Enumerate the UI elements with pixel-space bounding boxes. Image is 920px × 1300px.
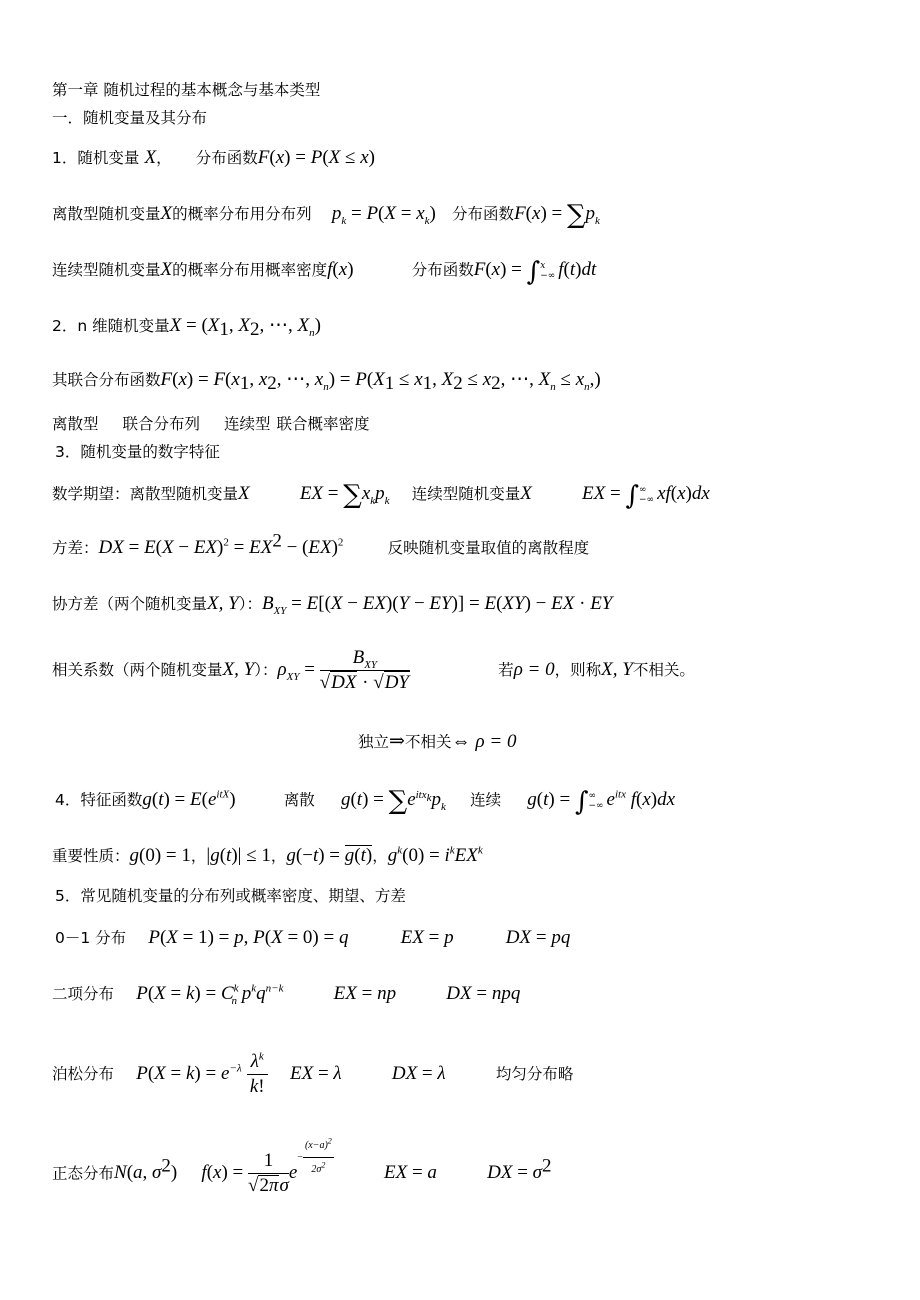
- dist-fn-label: 分布函数: [412, 261, 474, 279]
- expectation-label: 数学期望：离散型随机变量: [52, 485, 238, 503]
- distribution-row: 二项分布 P(X = k) = Ckn pkqn−k EX = np DX = …: [52, 984, 520, 1004]
- property-3: g(−t) = g(t): [286, 846, 372, 865]
- distribution-dx: DX = σ2: [487, 1163, 551, 1182]
- item-3-label: 3．随机变量的数字特征: [55, 442, 220, 462]
- dist-fn-formula: F: [258, 147, 270, 168]
- continuous-text-b: 的概率分布用概率密度: [172, 261, 327, 279]
- discrete-text-b: 的概率分布用分布列: [172, 205, 312, 223]
- variance-label: 方差：: [52, 539, 99, 557]
- property-1: g(0) = 1: [130, 846, 191, 865]
- vars-xy: X, Y: [601, 659, 633, 680]
- joint-line: 其联合分布函数F(x) = F(x1, x2, ⋯, xn) = P(X1 ≤ …: [52, 370, 601, 390]
- normal-param: N(a, σ2): [114, 1163, 177, 1182]
- distribution-name: 0－1 分布: [55, 929, 126, 947]
- independence-line: 独立⇒不相关⇔ ρ = 0: [358, 732, 517, 752]
- item-5-label: 5．常见随机变量的分布列或概率密度、期望、方差: [55, 886, 406, 906]
- implies-arrow-icon: ⇒: [389, 731, 405, 752]
- correlation-note: 若: [498, 661, 514, 679]
- vars-xy: X, Y: [207, 593, 239, 614]
- discrete-expectation-formula: EX = ∑xkpk: [300, 484, 390, 503]
- vars-xy: X, Y: [223, 659, 255, 680]
- continuous-type: 连续型: [224, 415, 271, 433]
- distribution-dx: DX = pq: [506, 928, 571, 947]
- continuous-expectation-formula: EX = ∫∞−∞xf(x)dx: [582, 484, 710, 503]
- discrete-line: 离散型随机变量X的概率分布用分布列 pk = P(X = xk) 分布函数F(x…: [52, 204, 600, 225]
- distribution-dx: DX = λ: [392, 1064, 446, 1083]
- item-1-label: 1．随机变量: [52, 149, 139, 167]
- uniform-note: 均匀分布略: [496, 1065, 574, 1083]
- var-x: X: [238, 483, 250, 504]
- item-1-line: 1．随机变量 X， 分布函数F(x) = P(X ≤ x): [52, 148, 375, 168]
- random-variable-x: X: [144, 147, 156, 168]
- covariance-line: 协方差（两个随机变量X, Y）：BXY = E[(X − EX)(Y − EY)…: [52, 594, 612, 614]
- item-2-line: 2．n 维随机变量X = (X1, X2, ⋯, Xn): [52, 316, 321, 336]
- dist-fn-integral-formula: F(x) = ∫x−∞f(t)dt: [474, 260, 597, 279]
- correlation-note-c: 不相关。: [633, 661, 695, 679]
- correlation-note-b: ，则称: [555, 661, 602, 679]
- covariance-formula: BXY = E[(X − EX)(Y − EY)] = E(XY) − EX ·…: [262, 594, 612, 613]
- distribution-ex: EX = np: [334, 984, 396, 1003]
- correlation-line: 相关系数（两个随机变量X, Y）：ρXY = BXY√DX · √DY 若ρ =…: [52, 648, 695, 693]
- var-x: X: [161, 203, 173, 224]
- distribution-row: 正态分布N(a, σ2) f(x) = 1√2πσe−(x−a)22σ2 EX …: [52, 1136, 552, 1196]
- covariance-label-end: ）：: [239, 595, 262, 613]
- distribution-row: 0－1 分布 P(X = 1) = p, P(X = 0) = q EX = p…: [55, 928, 570, 948]
- correlation-label-end: ）：: [254, 661, 277, 679]
- discrete-text-a: 离散型随机变量: [52, 205, 161, 223]
- uncorrelated: 不相关: [405, 733, 452, 751]
- distribution-formula: P(X = k) = Ckn pkqn−k: [136, 984, 283, 1003]
- rho-zero: ρ = 0: [514, 659, 555, 680]
- property-2: |g(t)| ≤ 1: [206, 846, 270, 865]
- distribution-name: 正态分布: [52, 1164, 114, 1182]
- properties-label: 重要性质：: [52, 847, 130, 865]
- pk-formula: pk = P(X = xk): [332, 204, 436, 223]
- distribution-row: 泊松分布 P(X = k) = e−λ λkk! EX = λ DX = λ 均…: [52, 1052, 573, 1097]
- expectation-line: 数学期望：离散型随机变量X EX = ∑xkpk 连续型随机变量X EX = ∫…: [52, 484, 710, 506]
- joint-dist-formula: F(x) = F(x1, x2, ⋯, xn) = P(X1 ≤ x1, X2 …: [161, 370, 601, 389]
- discrete-char-fn-formula: g(t) = ∑eitxkpk: [341, 790, 446, 809]
- continuous-label: 连续: [470, 791, 501, 809]
- property-4: gk(0) = ikEXk: [388, 846, 483, 865]
- distribution-name: 二项分布: [52, 985, 114, 1003]
- variance-formula: DX = E(X − EX)2 = EX2 − (EX)2: [99, 538, 344, 557]
- joint-label: 其联合分布函数: [52, 371, 161, 389]
- continuous-desc: 联合概率密度: [277, 415, 370, 433]
- comma: ，: [156, 149, 172, 167]
- discrete-desc: 联合分布列: [123, 415, 201, 433]
- distribution-ex: EX = p: [401, 928, 454, 947]
- char-fn-formula: g(t) = E(eitX): [142, 790, 235, 809]
- covariance-label: 协方差（两个随机变量: [52, 595, 207, 613]
- properties-line: 重要性质：g(0) = 1，|g(t)| ≤ 1，g(−t) = g(t)，gk…: [52, 846, 483, 866]
- distribution-formula: P(X = k) = e−λ λkk!: [136, 1064, 268, 1083]
- item-4-label: 4．特征函数: [55, 791, 142, 809]
- n-dim-vector-formula: X = (X1, X2, ⋯, Xn): [170, 316, 321, 335]
- distribution-formula: f(x) = 1√2πσe−(x−a)22σ2: [201, 1163, 333, 1182]
- dist-fn-label: 分布函数: [196, 149, 258, 167]
- dist-fn-sum-formula: F(x) = ∑pk: [514, 204, 600, 223]
- independent: 独立: [358, 733, 389, 751]
- variance-note: 反映随机变量取值的离散程度: [388, 539, 590, 557]
- discrete-type: 离散型: [52, 415, 99, 433]
- iff-arrow-icon: ⇔: [451, 731, 470, 752]
- types-line: 离散型联合分布列连续型联合概率密度: [52, 414, 370, 434]
- comma: ，: [271, 847, 287, 865]
- continuous-char-fn-formula: g(t) = ∫∞−∞eitx f(x)dx: [527, 790, 675, 809]
- comma: ，: [191, 847, 207, 865]
- distribution-dx: DX = npq: [446, 984, 520, 1003]
- item-2-label: 2．n 维随机变量: [52, 317, 170, 335]
- discrete-label: 离散: [284, 791, 315, 809]
- var-x: X: [520, 483, 532, 504]
- correlation-formula: ρXY = BXY√DX · √DY: [277, 660, 410, 679]
- rho-zero: ρ = 0: [476, 731, 517, 752]
- distribution-ex: EX = a: [384, 1163, 437, 1182]
- dist-fn-label: 分布函数: [452, 205, 514, 223]
- continuous-line: 连续型随机变量X的概率分布用概率密度f(x) 分布函数F(x) = ∫x−∞f(…: [52, 260, 596, 282]
- section-title: 一．随机变量及其分布: [52, 108, 207, 128]
- continuous-text-a: 连续型随机变量: [52, 261, 161, 279]
- correlation-label: 相关系数（两个随机变量: [52, 661, 223, 679]
- comma: ，: [372, 847, 388, 865]
- distribution-name: 泊松分布: [52, 1065, 114, 1083]
- continuous-label: 连续型随机变量: [412, 485, 521, 503]
- item-4-line: 4．特征函数g(t) = E(eitX) 离散 g(t) = ∑eitxkpk …: [55, 790, 675, 812]
- var-x: X: [161, 259, 173, 280]
- variance-line: 方差：DX = E(X − EX)2 = EX2 − (EX)2 反映随机变量取…: [52, 538, 589, 558]
- chapter-title: 第一章 随机过程的基本概念与基本类型: [52, 80, 320, 100]
- distribution-ex: EX = λ: [290, 1064, 342, 1083]
- distribution-formula: P(X = 1) = p, P(X = 0) = q: [148, 928, 348, 947]
